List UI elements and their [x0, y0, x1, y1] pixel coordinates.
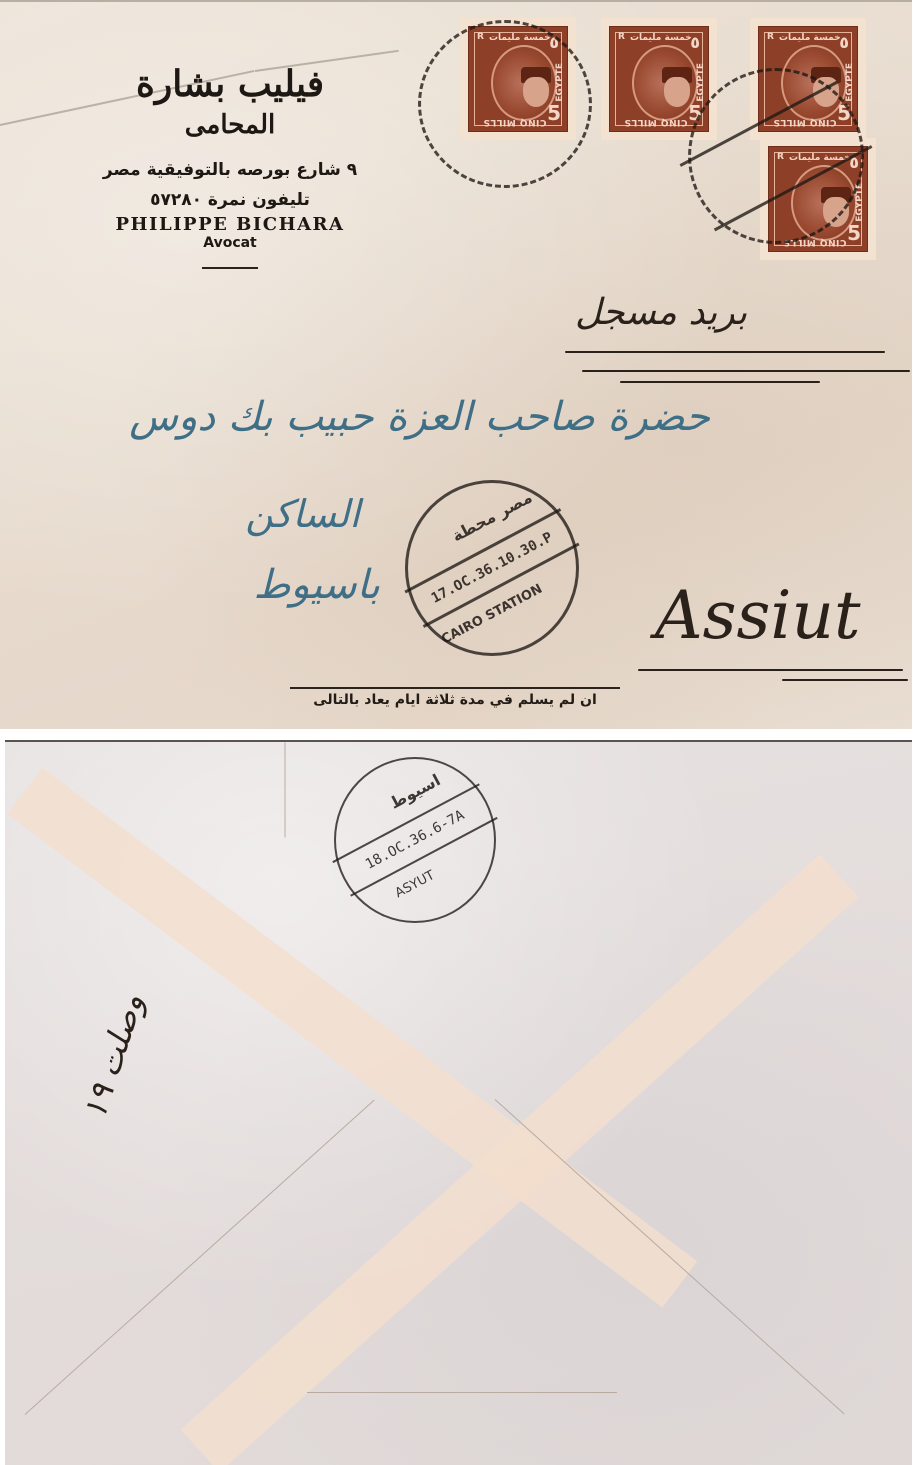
- return-notice: ان لم يسلم في مدة ثلاثة ايام يعاد بالتال…: [290, 692, 620, 708]
- footer-divider: [290, 687, 620, 689]
- underline: [638, 669, 903, 671]
- underline: [782, 679, 908, 681]
- letterhead-title-arabic: المحامى: [80, 108, 380, 142]
- handwritten-addressee: حضرة صاحب العزة حبيب بك دوس: [30, 394, 710, 440]
- handwritten-city-latin: Assiut: [655, 577, 861, 654]
- handwritten-address-line: الساكن: [150, 492, 360, 536]
- underline: [582, 370, 910, 372]
- envelope-front: فيليب بشارة المحامى ٩ شارع بورصه بالتوفي…: [0, 0, 912, 729]
- postmark-asyut: اسيوط 18.OC.36.6-7A ASYUT: [334, 757, 496, 923]
- handwritten-note: وصلت ١٩: [75, 989, 151, 1124]
- flap-fold: [495, 1099, 845, 1414]
- underline: [565, 351, 885, 353]
- handwritten-city-arabic: باسيوط: [140, 562, 380, 608]
- stamp-cancellation: [418, 20, 592, 188]
- flap-fold: [307, 1392, 617, 1393]
- letterhead: فيليب بشارة المحامى ٩ شارع بورصه بالتوفي…: [80, 62, 380, 269]
- stamp-cancellation: [688, 68, 864, 244]
- postmark-cairo-station: مصر محطة 17.OC.36.10.30.P CAIRO STATION: [405, 480, 579, 656]
- letterhead-divider: [202, 267, 258, 269]
- underline: [620, 381, 820, 383]
- letterhead-name-arabic: فيليب بشارة: [80, 62, 380, 106]
- letterhead-role: Avocat: [80, 235, 380, 251]
- sealing-tape: [181, 854, 859, 1465]
- flap-fold: [285, 743, 286, 838]
- letterhead-address: ٩ شارع بورصه بالتوفيقية مصر: [80, 160, 380, 180]
- letterhead-name-english: PHILIPPE BICHARA: [80, 214, 380, 235]
- envelope-back: اسيوط 18.OC.36.6-7A ASYUT وصلت ١٩: [5, 740, 912, 1465]
- letterhead-phone: تليفون نمرة ٥٧٢٨٠: [80, 190, 380, 210]
- handwritten-registered: بريد مسجل: [575, 292, 747, 333]
